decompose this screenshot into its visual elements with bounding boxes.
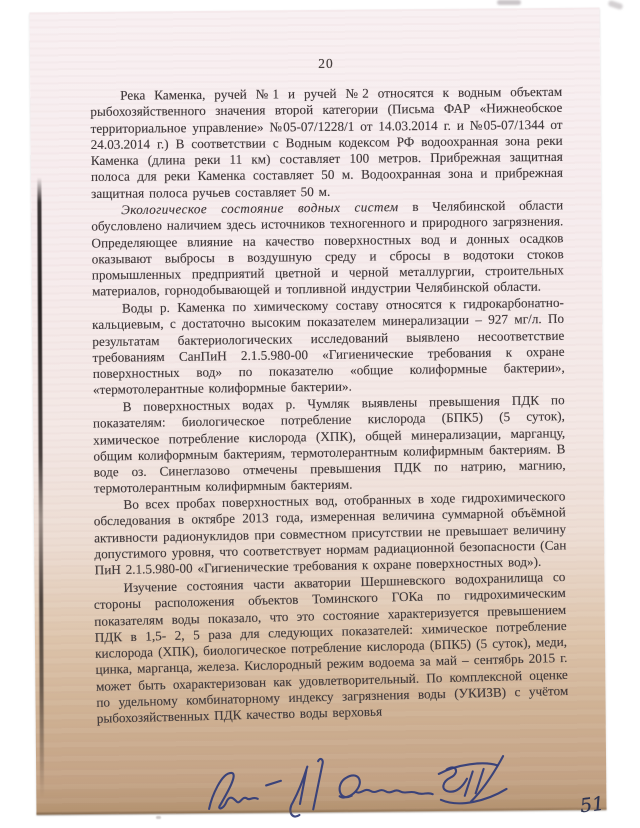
signature-ink-1-dash xyxy=(266,781,281,786)
scanned-page: 20 Река Каменка, ручей №1 и ручей №2 отн… xyxy=(30,8,607,815)
italic-heading-phrase: Экологическое состояние водных систем xyxy=(121,199,399,217)
scan-smudge xyxy=(607,0,623,10)
scan-smudge xyxy=(497,0,521,5)
copy-edge-artifact xyxy=(37,177,44,797)
signature-ink-3 xyxy=(339,772,433,798)
signature-ink-1 xyxy=(208,772,258,809)
signatures-ink xyxy=(185,748,518,827)
signature-ink-2 xyxy=(288,767,309,817)
document-body: Река Каменка, ручей №1 и ручей №2 относя… xyxy=(90,84,568,724)
body-paragraph: Река Каменка, ручей №1 и ручей №2 относя… xyxy=(90,84,563,202)
page-number: 20 xyxy=(90,54,562,74)
body-paragraph: Изучение состояния части акватории Шершн… xyxy=(93,569,569,728)
handwritten-folio-number: 51 xyxy=(579,793,606,818)
body-paragraph: Экологическое состояние водных систем в … xyxy=(91,197,564,300)
body-paragraph: Воды р. Каменка по химическому составу о… xyxy=(92,295,565,399)
scan-smudge xyxy=(156,816,161,819)
body-paragraph: В поверхностных водах р. Чумляк выявлены… xyxy=(93,392,566,497)
signature-ink-2b xyxy=(311,759,325,810)
body-paragraph: Во всех пробах поверхностных вод, отобра… xyxy=(93,489,566,580)
